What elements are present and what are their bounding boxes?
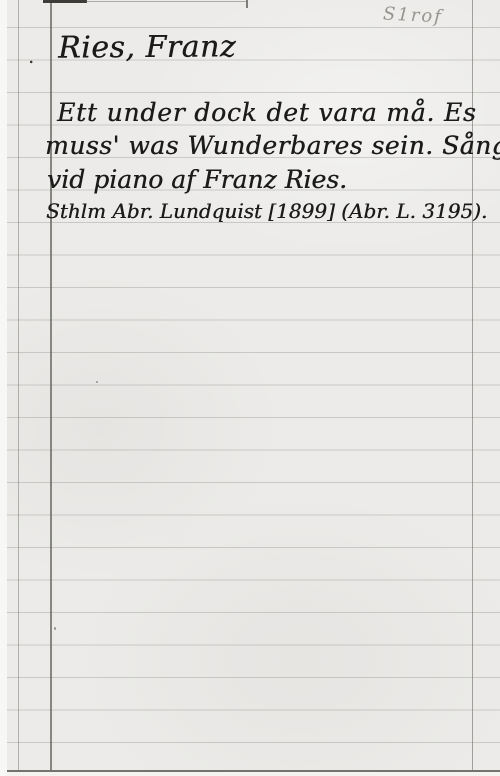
top-tick-mark [246,0,248,8]
top-edge-line [86,1,246,2]
handwritten-title-line-3: vid piano af Franz Ries. [47,165,347,194]
handwritten-imprint-line: Sthlm Abr. Lundquist [1899] (Abr. L. 319… [46,199,487,223]
handwritten-title-line-2: muss' was Wunderbares sein. Sång [45,131,500,160]
pencil-shelfmark: S1rof [382,3,443,27]
paper-speck [96,381,98,383]
handwritten-title-line-1: Ett under dock det vara må. Es [57,98,477,127]
scan-edge-strip [0,0,7,776]
paper-speck [54,627,56,630]
card-heading-composer: Ries, Franz [58,29,236,65]
margin-dot: . [28,44,34,68]
top-edge-mark [43,0,87,3]
catalog-card-paper: S1rof . Ries, Franz Ett under dock det v… [0,0,500,776]
left-margin-rule-outer [18,0,19,770]
left-margin-rule-inner [50,0,52,770]
scan-bottom-strip [7,772,500,776]
